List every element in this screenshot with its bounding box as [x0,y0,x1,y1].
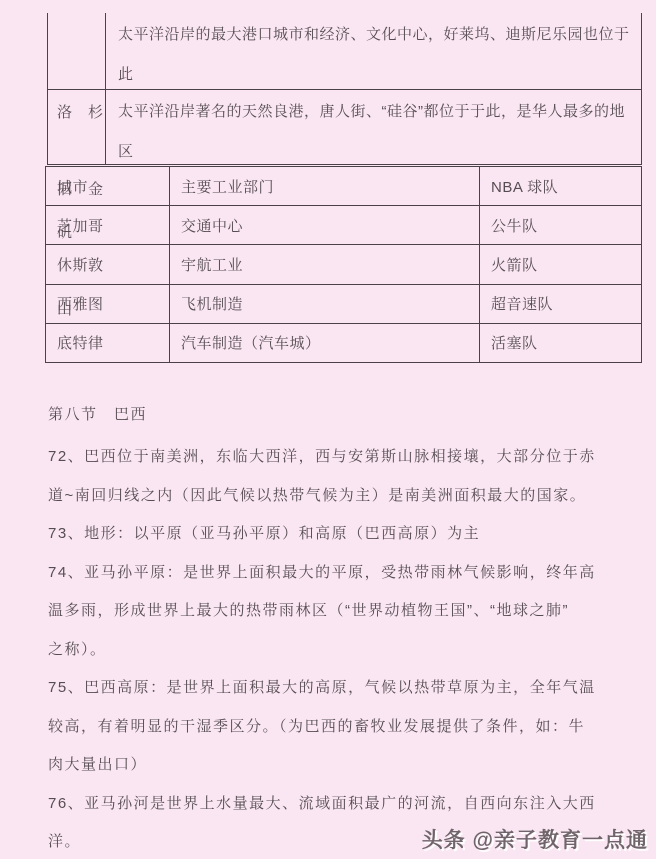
table-row: 休斯敦 宇航工业 火箭队 [46,244,641,283]
table-row: 底特律 汽车制造（汽车城） 活塞队 [46,323,641,362]
section-title: 第八节 巴西 [48,394,634,433]
table-row: 西雅图 飞机制造 超音速队 [46,284,641,323]
header-city: 城市 [46,167,170,205]
notes-section: 第八节 巴西 72、巴西位于南美洲，东临大西洋，西与安第斯山脉相接壤，大部分位于… [48,394,634,859]
paragraph-line: 75、巴西高原：是世界上面积最大的高原，气候以热带草原为主，全年气温 [48,668,634,707]
industry-nba-table: 城市 主要工业部门 NBA 球队 芝加哥 交通中心 公牛队 休斯敦 宇航工业 火… [45,166,642,363]
document-page: 洛 杉 矶 太平洋沿岸的最大港口城市和经济、文化中心，好莱坞、迪斯尼乐园也位于此… [0,0,656,859]
industry-cell: 汽车制造（汽车城） [170,324,480,362]
table-header-row: 城市 主要工业部门 NBA 球队 [46,167,641,205]
city-cell: 旧 金 山 [48,90,106,164]
paragraph-line: 73、地形：以平原（亚马孙平原）和高原（巴西高原）为主 [48,514,634,553]
city-cell: 洛 杉 矶 [48,13,106,89]
paragraph-line: 温多雨，形成世界上最大的热带雨林区（“世界动植物王国”、“地球之肺” [48,591,634,630]
city-cell: 休斯敦 [46,245,170,283]
paragraph-line: 肉大量出口） [48,745,634,784]
team-cell: 火箭队 [480,245,641,283]
toutiao-watermark: 头条 @亲子教育一点通 [422,824,648,854]
paragraph-line: 之称）。 [48,629,634,668]
team-cell: 公牛队 [480,206,641,244]
city-cell: 芝加哥 [46,206,170,244]
industry-cell: 交通中心 [170,206,480,244]
paragraph-line: 72、巴西位于南美洲，东临大西洋，西与安第斯山脉相接壤，大部分位于赤 [48,437,634,476]
city-description-cell: 太平洋沿岸著名的天然良港，唐人街、“硅谷”都位于于此，是华人最多的地区 [106,90,641,164]
team-cell: 活塞队 [480,324,641,362]
paragraph-line: 道~南回归线之内（因此气候以热带气候为主）是南美洲面积最大的国家。 [48,475,634,514]
city-description-cell: 太平洋沿岸的最大港口城市和经济、文化中心，好莱坞、迪斯尼乐园也位于此 [106,13,641,89]
header-nba-team: NBA 球队 [480,167,641,205]
header-industry: 主要工业部门 [170,167,480,205]
table-row: 洛 杉 矶 太平洋沿岸的最大港口城市和经济、文化中心，好莱坞、迪斯尼乐园也位于此 [48,13,641,89]
industry-cell: 宇航工业 [170,245,480,283]
team-cell: 超音速队 [480,285,641,323]
paragraph-line: 76、亚马孙河是世界上水量最大、流域面积最广的河流，自西向东注入大西 [48,783,634,822]
table-row: 旧 金 山 太平洋沿岸著名的天然良港，唐人街、“硅谷”都位于于此，是华人最多的地… [48,89,641,164]
city-cell: 西雅图 [46,285,170,323]
industry-cell: 飞机制造 [170,285,480,323]
table-row: 芝加哥 交通中心 公牛队 [46,205,641,244]
paragraph-line: 74、亚马孙平原：是世界上面积最大的平原，受热带雨林气候影响，终年高 [48,552,634,591]
paragraph-line: 较高，有着明显的干湿季区分。（为巴西的畜牧业发展提供了条件，如：牛 [48,706,634,745]
pacific-cities-table: 洛 杉 矶 太平洋沿岸的最大港口城市和经济、文化中心，好莱坞、迪斯尼乐园也位于此… [47,13,642,165]
city-cell: 底特律 [46,324,170,362]
